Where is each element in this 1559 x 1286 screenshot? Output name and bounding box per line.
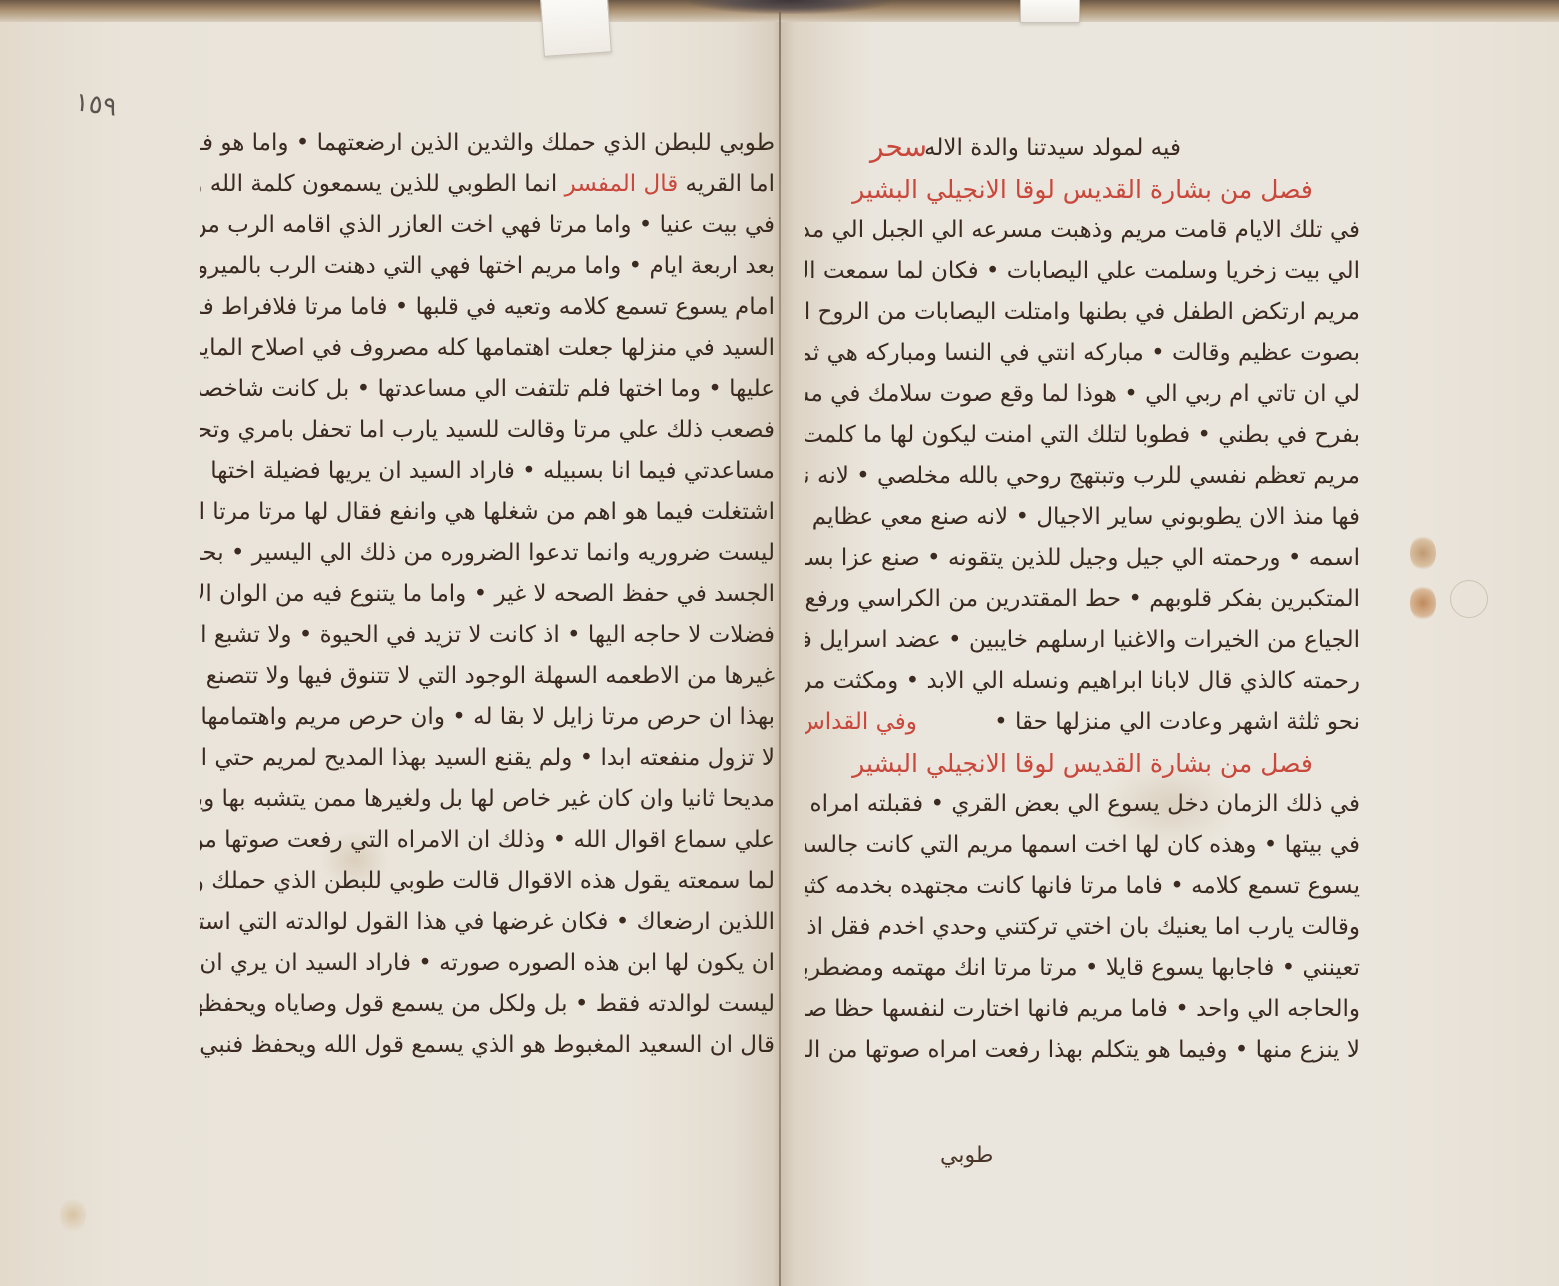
text-line: رحمته كالذي قال لابانا ابراهيم ونسله الي… [805,661,1360,702]
text-line: بهذا ان حرص مرتا زايل لا بقا له • وان حر… [200,697,775,738]
text-line: مديحا ثانيا وان كان غير خاص لها بل ولغير… [200,779,775,820]
text-line: اسمه • ورحمته الي جيل وجيل للذين يتقونه … [805,538,1360,579]
text-line: مريم ارتكض الطفل في بطنها وامتلت اليصابا… [805,292,1360,333]
text-line: لما سمعته يقول هذه الاقوال قالت طوبي للب… [200,861,775,902]
foxing-stain [60,1195,86,1235]
text-line: فها منذ الان يطوبوني ساير الاجيال • لانه… [805,497,1360,538]
text-line: لي ان تاتي ام ربي الي • هوذا لما وقع صوت… [805,374,1360,415]
text-line: طوبي للبطن الذي حملك والثدين الذين ارضعت… [200,123,775,164]
text-line: نحو ثلثة اشهر وعادت الي منزلها حقا • وفي… [805,702,1360,743]
text-line: مريم تعظم نفسي للرب وتبتهج روحي بالله مخ… [805,456,1360,497]
text-line: في بيت عنيا • واما مرتا فهي اخت العازر ا… [200,205,775,246]
text-line: بعد اربعة ايام • واما مريم اختها فهي الت… [200,246,775,287]
text-line: عليها • وما اختها فلم تلتفت الي مساعدتها… [200,369,775,410]
text-line: الجياع من الخيرات والاغنيا ارسلهم خايبين… [805,620,1360,661]
text-line: ليست ضروريه وانما تدعوا الضروره من ذلك ا… [200,533,775,574]
text-line: مساعدتي فيما انا بسبيله • فاراد السيد ان… [200,451,775,492]
text-line: امام يسوع تسمع كلامه وتعيه في قلبها • فا… [200,287,775,328]
text-line: في ذلك الزمان دخل يسوع الي بعض القري • ف… [805,784,1360,825]
text-line: لا تزول منفعته ابدا • ولم يقنع السيد بهذ… [200,738,775,779]
text-line: فصعب ذلك علي مرتا وقالت للسيد يارب اما ت… [200,410,775,451]
text-line: في بيتها • وهذه كان لها اخت اسمها مريم ا… [805,825,1360,866]
text-line: لا ينزع منها • وفيما هو يتكلم بهذا رفعت … [805,1030,1360,1071]
text-line: اشتغلت فيما هو اهم من شغلها هي وانفع فقا… [200,492,775,533]
foxing-stain [1410,535,1436,571]
text-line: في تلك الايام قامت مريم وذهبت مسرعه الي … [805,210,1360,251]
text-line: فضلات لا حاجه اليها • اذ كانت لا تزيد في… [200,615,775,656]
inline-rubric: قال المفسر [565,171,679,197]
text-line: الجسد في حفظ الصحه لا غير • واما ما يتنو… [200,574,775,615]
foxing-stain [1410,585,1436,621]
page-header: فيه لمولد سيدتنا والدة الاله [805,128,1360,169]
foxing-stain [1450,580,1488,618]
text-line: الي بيت زخريا وسلمت علي اليصابات • فكان … [805,251,1360,292]
text-line: علي سماع اقوال الله • وذلك ان الامراه ال… [200,820,775,861]
spine-shadow [690,0,890,14]
catchword: طوبي [940,1143,993,1168]
text-line: اما القريه قال المفسر انما الطوبي للذين … [200,164,775,205]
section-heading: فصل من بشارة القديس لوقا الانجيلي البشير [805,169,1360,210]
text-line: يسوع تسمع كلامه • فاما مرتا فانها كانت م… [805,866,1360,907]
text-line: غيرها من الاطعمه السهلة الوجود التي لا ت… [200,656,775,697]
text-line: والحاجه الي واحد • فاما مريم فانها اختار… [805,989,1360,1030]
text-line: وقالت يارب اما يعنيك بان اختي تركتني وحد… [805,907,1360,948]
text-line: تعينني • فاجابها يسوع قايلا • مرتا مرتا … [805,948,1360,989]
text-line: بفرح في بطني • فطوبا لتلك التي امنت ليكو… [805,415,1360,456]
text-line: ليست لوالدته فقط • بل ولكل من يسمع قول و… [200,984,775,1025]
text-line: قال ان السعيد المغبوط هو الذي يسمع قول ا… [200,1025,775,1066]
text-line: اللذين ارضعاك • فكان غرضها في هذا القول … [200,902,775,943]
transparent-tab [540,0,612,57]
text-line: ان يكون لها ابن هذه الصوره صورته • فاراد… [200,943,775,984]
gutter-fold [779,12,781,1286]
folio-number: ١٥٩ [73,87,119,123]
right-page: فيه لمولد سيدتنا والدة الاله فصل من بشار… [805,128,1360,1071]
text-line: السيد في منزلها جعلت اهتمامها كله مصروف … [200,328,775,369]
inline-rubric: وفي القداس [805,709,917,735]
text-line: المتكبرين بفكر قلوبهم • حط المقتدرين من … [805,579,1360,620]
text-line: بصوت عظيم وقالت • مباركه انتي في النسا و… [805,333,1360,374]
section-heading: فصل من بشارة القديس لوقا الانجيلي البشير [805,743,1360,784]
transparent-tab [1020,0,1080,23]
left-page: طوبي للبطن الذي حملك والثدين الذين ارضعت… [200,123,775,1066]
